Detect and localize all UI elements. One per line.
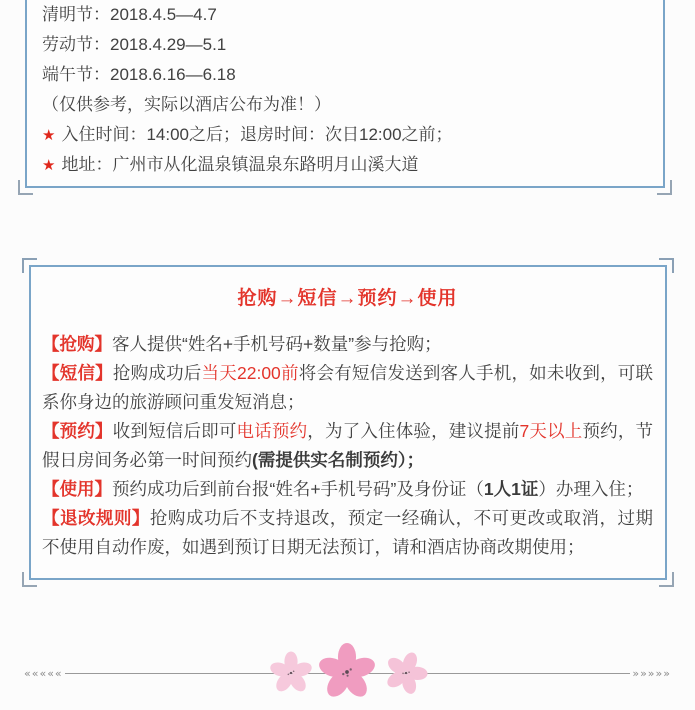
rule-paragraph-shiyong: 【使用】预约成功后到前台报“姓名+手机号码”及身份证（1人1证）办理入住； [42,475,653,504]
rule-label: 【抢购】 [42,334,112,354]
address-line: ★地址：广州市从化温泉镇温泉东路明月山溪大道 [42,150,649,180]
rule-text: 客人提供“姓名+手机号码+数量”参与抢购； [112,334,442,354]
rule-text-bold: (需提供实名制预约）； [252,450,424,470]
rule-paragraph-yuyue: 【预约】收到短信后即可电话预约，为了入住体验，建议提前7天以上预约，节假日房间务… [42,417,653,475]
rule-text-highlight: 当天22:00前 [202,363,299,383]
chevron-left-ornament: ««««« [24,668,63,679]
rule-text: 收到短信后即可 [113,421,237,441]
checkin-time-line: ★入住时间：14:00之后；退房时间：次日12:00之前； [42,120,649,150]
rule-text: ）办理入住； [538,479,643,499]
address-text: 地址：广州市从化温泉镇温泉东路明月山溪大道 [61,155,418,174]
rule-paragraph-tuigai: 【退改规则】抢购成功后不支持退改，预定一经确认，不可更改或取消，过期不使用自动作… [42,504,653,562]
checkin-time-text: 入住时间：14:00之后；退房时间：次日12:00之前； [61,125,452,144]
cherry-blossom-icon [318,643,376,701]
holiday-line-laodong: 劳动节：2018.4.29—5.1 [42,30,649,60]
rule-text: 抢购成功后 [113,363,202,383]
rule-label: 【使用】 [42,479,112,499]
star-icon: ★ [42,157,55,174]
rule-text: ，为了入住体验，建议提前 [307,421,519,441]
star-icon: ★ [42,127,55,144]
corner-bracket-icon [22,258,37,273]
rule-text-highlight: 电话预约 [237,421,308,441]
corner-bracket-icon [657,180,672,195]
corner-bracket-icon [22,572,37,587]
rule-text: 预约成功后到前台报“姓名+手机号码”及身份证（ [112,479,484,499]
reference-note-line: （仅供参考，实际以酒店公布为准！） [42,90,649,120]
rule-paragraph-qianggou: 【抢购】客人提供“姓名+手机号码+数量”参与抢购； [42,330,653,359]
chevron-right-ornament: »»»»» [632,668,671,679]
flower-divider: ««««« »»»»» [24,648,671,698]
cherry-blossom-icon [384,651,428,695]
corner-bracket-icon [18,180,33,195]
rule-text-highlight: 7天以上 [520,421,583,441]
holiday-line-duanwu: 端午节：2018.6.16—6.18 [42,60,649,90]
rule-text-bold: 1人1证 [484,479,538,499]
rule-label: 【预约】 [42,421,113,441]
holiday-line-qingming: 清明节：2018.4.5—4.7 [42,0,649,30]
process-title: 抢购→短信→预约→使用 [42,283,653,310]
cherry-blossom-icon [269,651,313,695]
rule-label: 【短信】 [42,363,113,383]
corner-bracket-icon [659,258,674,273]
process-rules-box: 抢购→短信→预约→使用 【抢购】客人提供“姓名+手机号码+数量”参与抢购； 【短… [29,265,667,580]
holiday-info-box: 清明节：2018.4.5—4.7 劳动节：2018.4.29—5.1 端午节：2… [25,0,665,188]
corner-bracket-icon [659,572,674,587]
rule-label: 【退改规则】 [42,508,150,528]
rule-paragraph-duanxin: 【短信】抢购成功后当天22:00前将会有短信发送到客人手机，如未收到，可联系你身… [42,359,653,417]
